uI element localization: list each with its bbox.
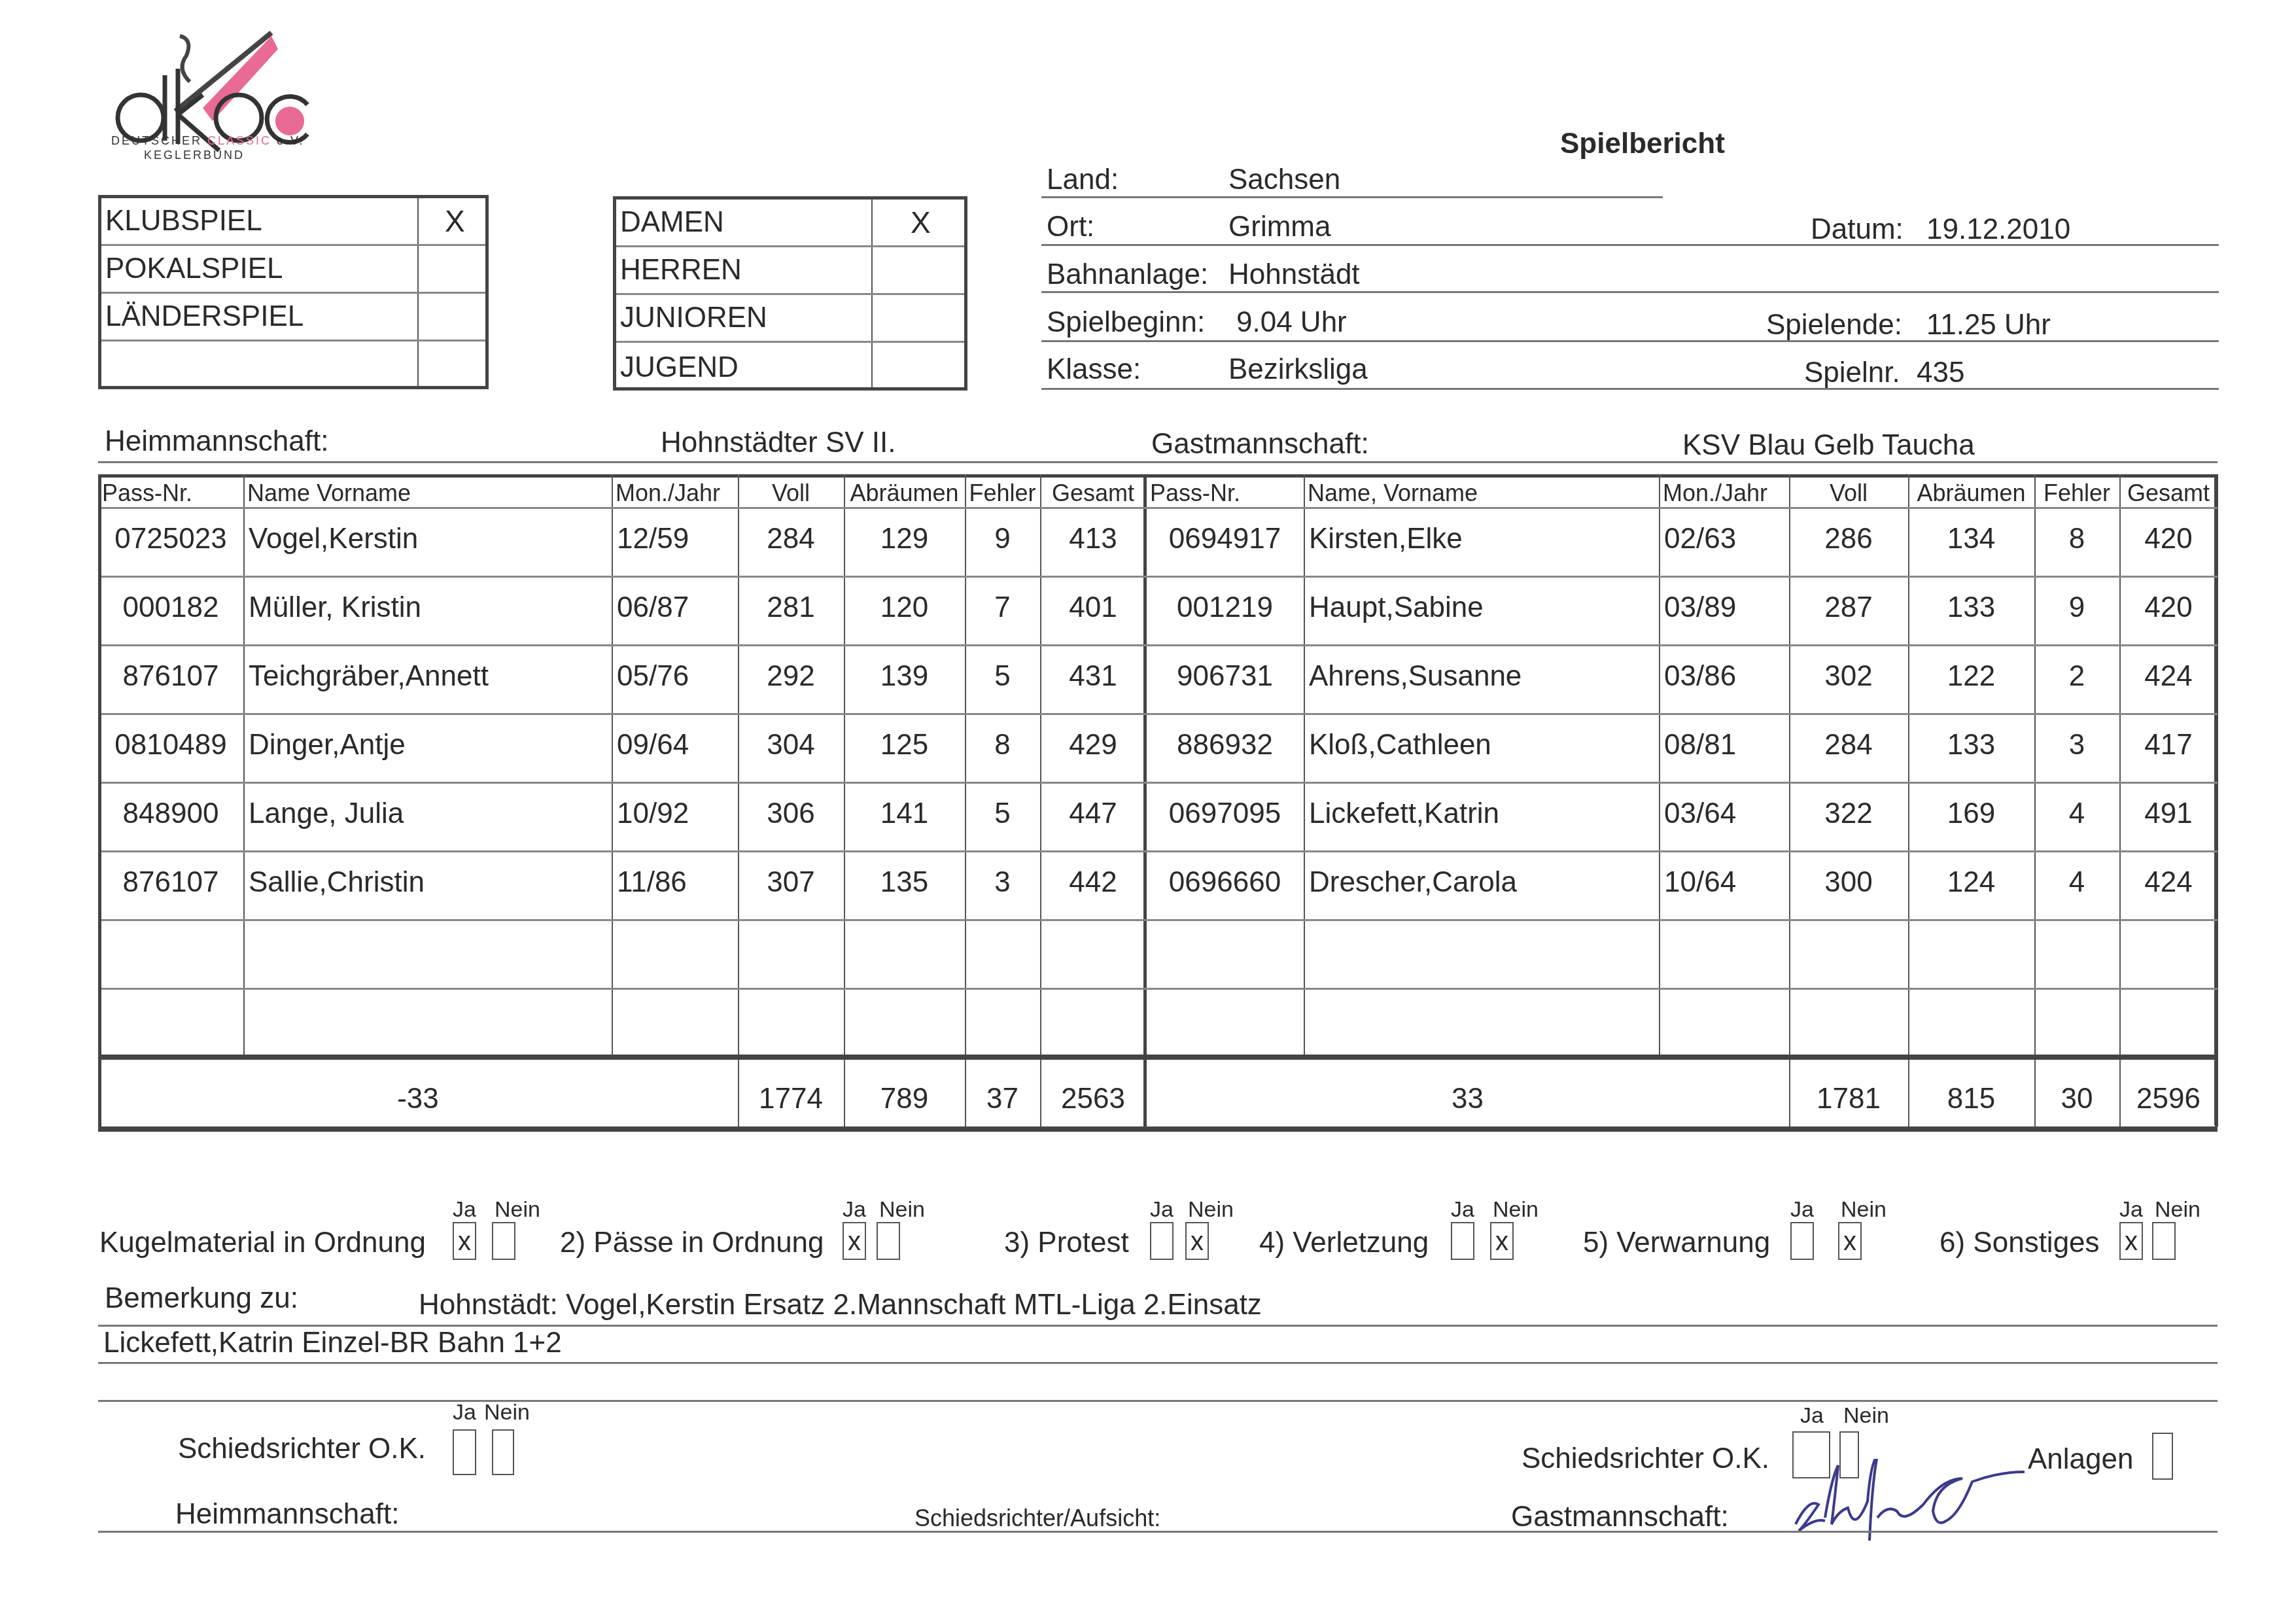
home-cell-date: 09/64: [617, 729, 738, 761]
check-label: 3) Protest: [1004, 1227, 1129, 1259]
check-nein-label: Nein: [495, 1197, 540, 1223]
page-title: Spielbericht: [1560, 128, 1725, 160]
guest-table-row[interactable]: [1146, 919, 2218, 988]
game-type-mark: X: [445, 203, 465, 239]
guest-signature-label: Gastmannschaft:: [1511, 1501, 1729, 1533]
land-value[interactable]: Sachsen: [1228, 164, 1340, 196]
home-cell-pass: 848900: [98, 797, 243, 830]
category-row[interactable]: DAMENX: [616, 200, 964, 247]
spielbeginn-value[interactable]: 9.04 Uhr: [1236, 306, 1347, 339]
home-cell-gesamt: 429: [1040, 729, 1146, 761]
home-cell-voll: 307: [738, 866, 844, 899]
home-cell-voll: 292: [738, 660, 844, 693]
home-cell-pass: 876107: [98, 866, 243, 899]
footer-left-nein: Nein: [484, 1400, 530, 1425]
home-cell-name: Dinger,Antje: [249, 729, 612, 761]
guest-cell-voll: 286: [1789, 523, 1908, 555]
check-ja-label: Ja: [1150, 1197, 1174, 1223]
check-nein-label: Nein: [879, 1197, 925, 1223]
guest-cell-gesamt: 420: [2119, 523, 2218, 555]
ort-value[interactable]: Grimma: [1228, 211, 1331, 243]
home-cell-fehler: 8: [965, 729, 1040, 761]
home-total-gesamt: 2563: [1040, 1083, 1146, 1115]
home-header-name: Name Vorname: [247, 480, 608, 507]
check-ja-label: Ja: [843, 1197, 866, 1223]
guest-cell-voll: 302: [1789, 660, 1908, 693]
category-label: JUNIOREN: [620, 302, 767, 334]
home-cell-voll: 306: [738, 797, 844, 830]
home-header-voll: Voll: [742, 480, 840, 507]
guest-cell-voll: 287: [1789, 591, 1908, 624]
guest-team-name[interactable]: KSV Blau Gelb Taucha: [1682, 429, 1975, 462]
guest-cell-fehler: 8: [2034, 523, 2119, 555]
spielende-value[interactable]: 11.25 Uhr: [1926, 309, 2051, 341]
check-nein-checkbox[interactable]: [492, 1222, 515, 1260]
home-header-abr: Abräumen: [848, 480, 961, 507]
home-total-voll: 1774: [738, 1083, 844, 1115]
ref-ok-right-label: Schiedsrichter O.K.: [1522, 1442, 1769, 1475]
home-cell-pass: 876107: [98, 660, 243, 693]
ref-ok-left-nein-checkbox[interactable]: [492, 1429, 514, 1475]
guest-cell-abr: 122: [1908, 660, 2034, 693]
game-type-row[interactable]: POKALSPIEL: [101, 246, 485, 294]
home-cell-fehler: 5: [965, 797, 1040, 830]
guest-cell-name: Kirsten,Elke: [1309, 523, 1659, 555]
home-cell-gesamt: 447: [1040, 797, 1146, 830]
home-cell-abr: 129: [844, 523, 965, 555]
guest-cell-date: 03/64: [1664, 797, 1789, 830]
guest-cell-fehler: 4: [2034, 797, 2119, 830]
game-type-label: LÄNDERSPIEL: [105, 300, 304, 333]
check-ja-label: Ja: [1790, 1197, 1814, 1223]
guest-total-gesamt: 2596: [2119, 1083, 2218, 1115]
guest-cell-abr: 133: [1908, 591, 2034, 624]
guest-cell-abr: 134: [1908, 523, 2034, 555]
game-type-row[interactable]: [101, 341, 485, 389]
check-nein-label: Nein: [2155, 1197, 2200, 1223]
guest-cell-date: 10/64: [1664, 866, 1789, 899]
home-team-label: Heimmannschaft:: [105, 425, 328, 458]
guest-cell-date: 03/89: [1664, 591, 1789, 624]
home-table-row[interactable]: [98, 988, 1146, 1056]
home-total-diff: -33: [98, 1083, 738, 1115]
guest-cell-abr: 124: [1908, 866, 2034, 899]
home-cell-date: 12/59: [617, 523, 738, 555]
home-total-abr: 789: [844, 1083, 965, 1115]
guest-cell-gesamt: 424: [2119, 660, 2218, 693]
guest-total-fehler: 30: [2034, 1083, 2119, 1115]
guest-cell-gesamt: 417: [2119, 729, 2218, 761]
check-label: Kugelmaterial in Ordnung: [99, 1227, 426, 1259]
guest-cell-abr: 133: [1908, 729, 2034, 761]
guest-cell-name: Kloß,Cathleen: [1309, 729, 1659, 761]
home-cell-pass: 0810489: [98, 729, 243, 761]
game-type-box: KLUBSPIELX POKALSPIEL LÄNDERSPIEL: [98, 195, 489, 389]
guest-table-row[interactable]: [1146, 988, 2218, 1056]
home-table-row[interactable]: [98, 919, 1146, 988]
guest-cell-fehler: 3: [2034, 729, 2119, 761]
game-type-row[interactable]: KLUBSPIELX: [101, 198, 485, 246]
guest-cell-abr: 169: [1908, 797, 2034, 830]
datum-value[interactable]: 19.12.2010: [1926, 213, 2070, 246]
ref-ok-left-ja-checkbox[interactable]: [453, 1429, 476, 1475]
check-ja-checkbox[interactable]: x: [453, 1222, 476, 1260]
home-cell-abr: 120: [844, 591, 965, 624]
home-cell-fehler: 5: [965, 660, 1040, 693]
home-signature-label: Heimmannschaft:: [175, 1498, 399, 1531]
guest-cell-pass: 0694917: [1146, 523, 1304, 555]
check-ja-checkbox[interactable]: [1451, 1222, 1474, 1260]
spielnr-value[interactable]: 435: [1917, 357, 1964, 389]
guest-cell-date: 03/86: [1664, 660, 1789, 693]
guest-header-voll: Voll: [1793, 480, 1904, 507]
logo-text-deutscher: DEUTSCHER: [111, 134, 202, 147]
guest-total-abr: 815: [1908, 1083, 2034, 1115]
check-nein-checkbox[interactable]: [877, 1222, 900, 1260]
home-cell-gesamt: 442: [1040, 866, 1146, 899]
spielende-label: Spielende:: [1766, 309, 1902, 341]
home-cell-date: 06/87: [617, 591, 738, 624]
land-label: Land:: [1047, 164, 1119, 196]
category-box: DAMENX HERREN JUNIOREN JUGEND: [613, 196, 967, 391]
check-nein-label: Nein: [1188, 1197, 1234, 1223]
guest-header-gesamt: Gesamt: [2123, 480, 2214, 507]
check-label: 6) Sonstiges: [1939, 1227, 2100, 1259]
home-cell-name: Teichgräber,Annett: [249, 660, 612, 693]
category-mark: X: [911, 205, 931, 240]
totals-bottom-border: [98, 1126, 2218, 1132]
home-cell-date: 11/86: [617, 866, 738, 899]
guest-cell-voll: 322: [1789, 797, 1908, 830]
home-cell-pass: 000182: [98, 591, 243, 624]
guest-cell-gesamt: 424: [2119, 866, 2218, 899]
home-header-gesamt: Gesamt: [1044, 480, 1142, 507]
referee-signature-label: Schiedsrichter/Aufsicht:: [914, 1505, 1160, 1532]
guest-cell-voll: 300: [1789, 866, 1908, 899]
remarks-line-1[interactable]: Hohnstädt: Vogel,Kerstin Ersatz 2.Mannsc…: [419, 1289, 1262, 1321]
check-nein-checkbox[interactable]: [2152, 1222, 2176, 1260]
home-cell-name: Lange, Julia: [249, 797, 612, 830]
guest-cell-name: Haupt,Sabine: [1309, 591, 1659, 624]
guest-cell-pass: 0696660: [1146, 866, 1304, 899]
check-label: 4) Verletzung: [1259, 1227, 1429, 1259]
guest-cell-fehler: 2: [2034, 660, 2119, 693]
ref-ok-left-label: Schiedsrichter O.K.: [178, 1433, 426, 1465]
ort-label: Ort:: [1047, 211, 1094, 243]
guest-team-label: Gastmannschaft:: [1151, 428, 1369, 461]
bahnanlage-value[interactable]: Hohnstädt: [1228, 258, 1360, 291]
guest-cell-date: 02/63: [1664, 523, 1789, 555]
anlagen-checkbox[interactable]: [2152, 1433, 2173, 1480]
klasse-value[interactable]: Bezirksliga: [1228, 353, 1368, 386]
guest-cell-name: Lickefett,Katrin: [1309, 797, 1659, 830]
home-cell-fehler: 3: [965, 866, 1040, 899]
category-label: HERREN: [620, 254, 742, 287]
home-cell-abr: 139: [844, 660, 965, 693]
home-header-date: Mon./Jahr: [616, 480, 734, 507]
check-ja-label: Ja: [1451, 1197, 1474, 1223]
spielnr-label: Spielnr.: [1804, 357, 1900, 389]
check-ja-label: Ja: [453, 1197, 476, 1223]
home-cell-voll: 281: [738, 591, 844, 624]
check-ja-label: Ja: [2119, 1197, 2143, 1223]
category-label: JUGEND: [620, 351, 739, 384]
category-label: DAMEN: [620, 206, 724, 239]
home-header-pass: Pass-Nr.: [102, 480, 239, 507]
remarks-label: Bemerkung zu:: [105, 1282, 298, 1315]
check-nein-checkbox[interactable]: x: [1490, 1222, 1514, 1260]
logo-text-classic: CLASSIC: [207, 134, 271, 147]
guest-header-pass: Pass-Nr.: [1150, 480, 1300, 507]
home-cell-gesamt: 413: [1040, 523, 1146, 555]
datum-label: Datum:: [1811, 213, 1904, 246]
home-cell-abr: 135: [844, 866, 965, 899]
home-cell-voll: 304: [738, 729, 844, 761]
guest-cell-pass: 001219: [1146, 591, 1304, 624]
home-cell-name: Vogel,Kerstin: [249, 523, 612, 555]
footer-right-ja: Ja: [1800, 1403, 1824, 1429]
guest-total-diff: 33: [1146, 1083, 1789, 1115]
guest-cell-voll: 284: [1789, 729, 1908, 761]
logo-text-keglerbund: KEGLERBUND: [144, 148, 245, 162]
check-ja-checkbox[interactable]: x: [843, 1222, 866, 1260]
guest-header-fehler: Fehler: [2038, 480, 2115, 507]
check-ja-checkbox[interactable]: [1150, 1222, 1174, 1260]
klasse-label: Klasse:: [1047, 353, 1141, 386]
home-cell-date: 10/92: [617, 797, 738, 830]
category-row[interactable]: JUNIOREN: [616, 295, 964, 343]
home-team-name[interactable]: Hohnstädter SV II.: [661, 427, 896, 459]
home-cell-fehler: 7: [965, 591, 1040, 624]
check-nein-checkbox[interactable]: x: [1185, 1222, 1209, 1260]
game-type-label: POKALSPIEL: [105, 253, 283, 285]
spielbeginn-label: Spielbeginn:: [1047, 306, 1205, 339]
home-cell-name: Müller, Kristin: [249, 591, 612, 624]
remarks-line-2[interactable]: Lickefett,Katrin Einzel-BR Bahn 1+2: [103, 1327, 562, 1359]
home-cell-voll: 284: [738, 523, 844, 555]
bahnanlage-label: Bahnanlage:: [1047, 258, 1208, 291]
home-cell-fehler: 9: [965, 523, 1040, 555]
home-cell-date: 05/76: [617, 660, 738, 693]
check-label: 5) Verwarnung: [1583, 1227, 1770, 1259]
guest-cell-name: Drescher,Carola: [1309, 866, 1659, 899]
dkbc-logo: DEUTSCHER CLASSIC e.V. KEGLERBUND: [105, 29, 327, 167]
guest-cell-fehler: 4: [2034, 866, 2119, 899]
home-cell-pass: 0725023: [98, 523, 243, 555]
guest-cell-date: 08/81: [1664, 729, 1789, 761]
footer-left-ja: Ja: [453, 1400, 476, 1425]
guest-cell-fehler: 9: [2034, 591, 2119, 624]
guest-cell-gesamt: 491: [2119, 797, 2218, 830]
check-ja-checkbox[interactable]: x: [2119, 1222, 2143, 1260]
guest-signature-icon: [1786, 1459, 2061, 1570]
home-cell-abr: 125: [844, 729, 965, 761]
game-type-row[interactable]: LÄNDERSPIEL: [101, 294, 485, 341]
guest-cell-pass: 886932: [1146, 729, 1304, 761]
home-cell-gesamt: 401: [1040, 591, 1146, 624]
check-nein-label: Nein: [1493, 1197, 1539, 1223]
logo-text-ev: e.V.: [277, 134, 304, 147]
home-cell-name: Sallie,Christin: [249, 866, 612, 899]
home-header-fehler: Fehler: [969, 480, 1036, 507]
check-nein-label: Nein: [1841, 1197, 1887, 1223]
guest-cell-name: Ahrens,Susanne: [1309, 660, 1659, 693]
guest-cell-pass: 0697095: [1146, 797, 1304, 830]
game-type-label: KLUBSPIEL: [105, 205, 262, 237]
check-nein-checkbox[interactable]: x: [1838, 1222, 1862, 1260]
footer-right-nein: Nein: [1843, 1403, 1889, 1429]
guest-cell-gesamt: 420: [2119, 591, 2218, 624]
check-ja-checkbox[interactable]: [1790, 1222, 1814, 1260]
guest-cell-pass: 906731: [1146, 660, 1304, 693]
home-cell-abr: 141: [844, 797, 965, 830]
home-total-fehler: 37: [965, 1083, 1040, 1115]
check-label: 2) Pässe in Ordnung: [560, 1227, 824, 1259]
guest-header-name: Name, Vorname: [1308, 480, 1655, 507]
home-cell-gesamt: 431: [1040, 660, 1146, 693]
guest-header-abr: Abräumen: [1912, 480, 2030, 507]
guest-total-voll: 1781: [1789, 1083, 1908, 1115]
category-row[interactable]: JUGEND: [616, 343, 964, 391]
category-row[interactable]: HERREN: [616, 247, 964, 295]
guest-header-date: Mon./Jahr: [1663, 480, 1785, 507]
